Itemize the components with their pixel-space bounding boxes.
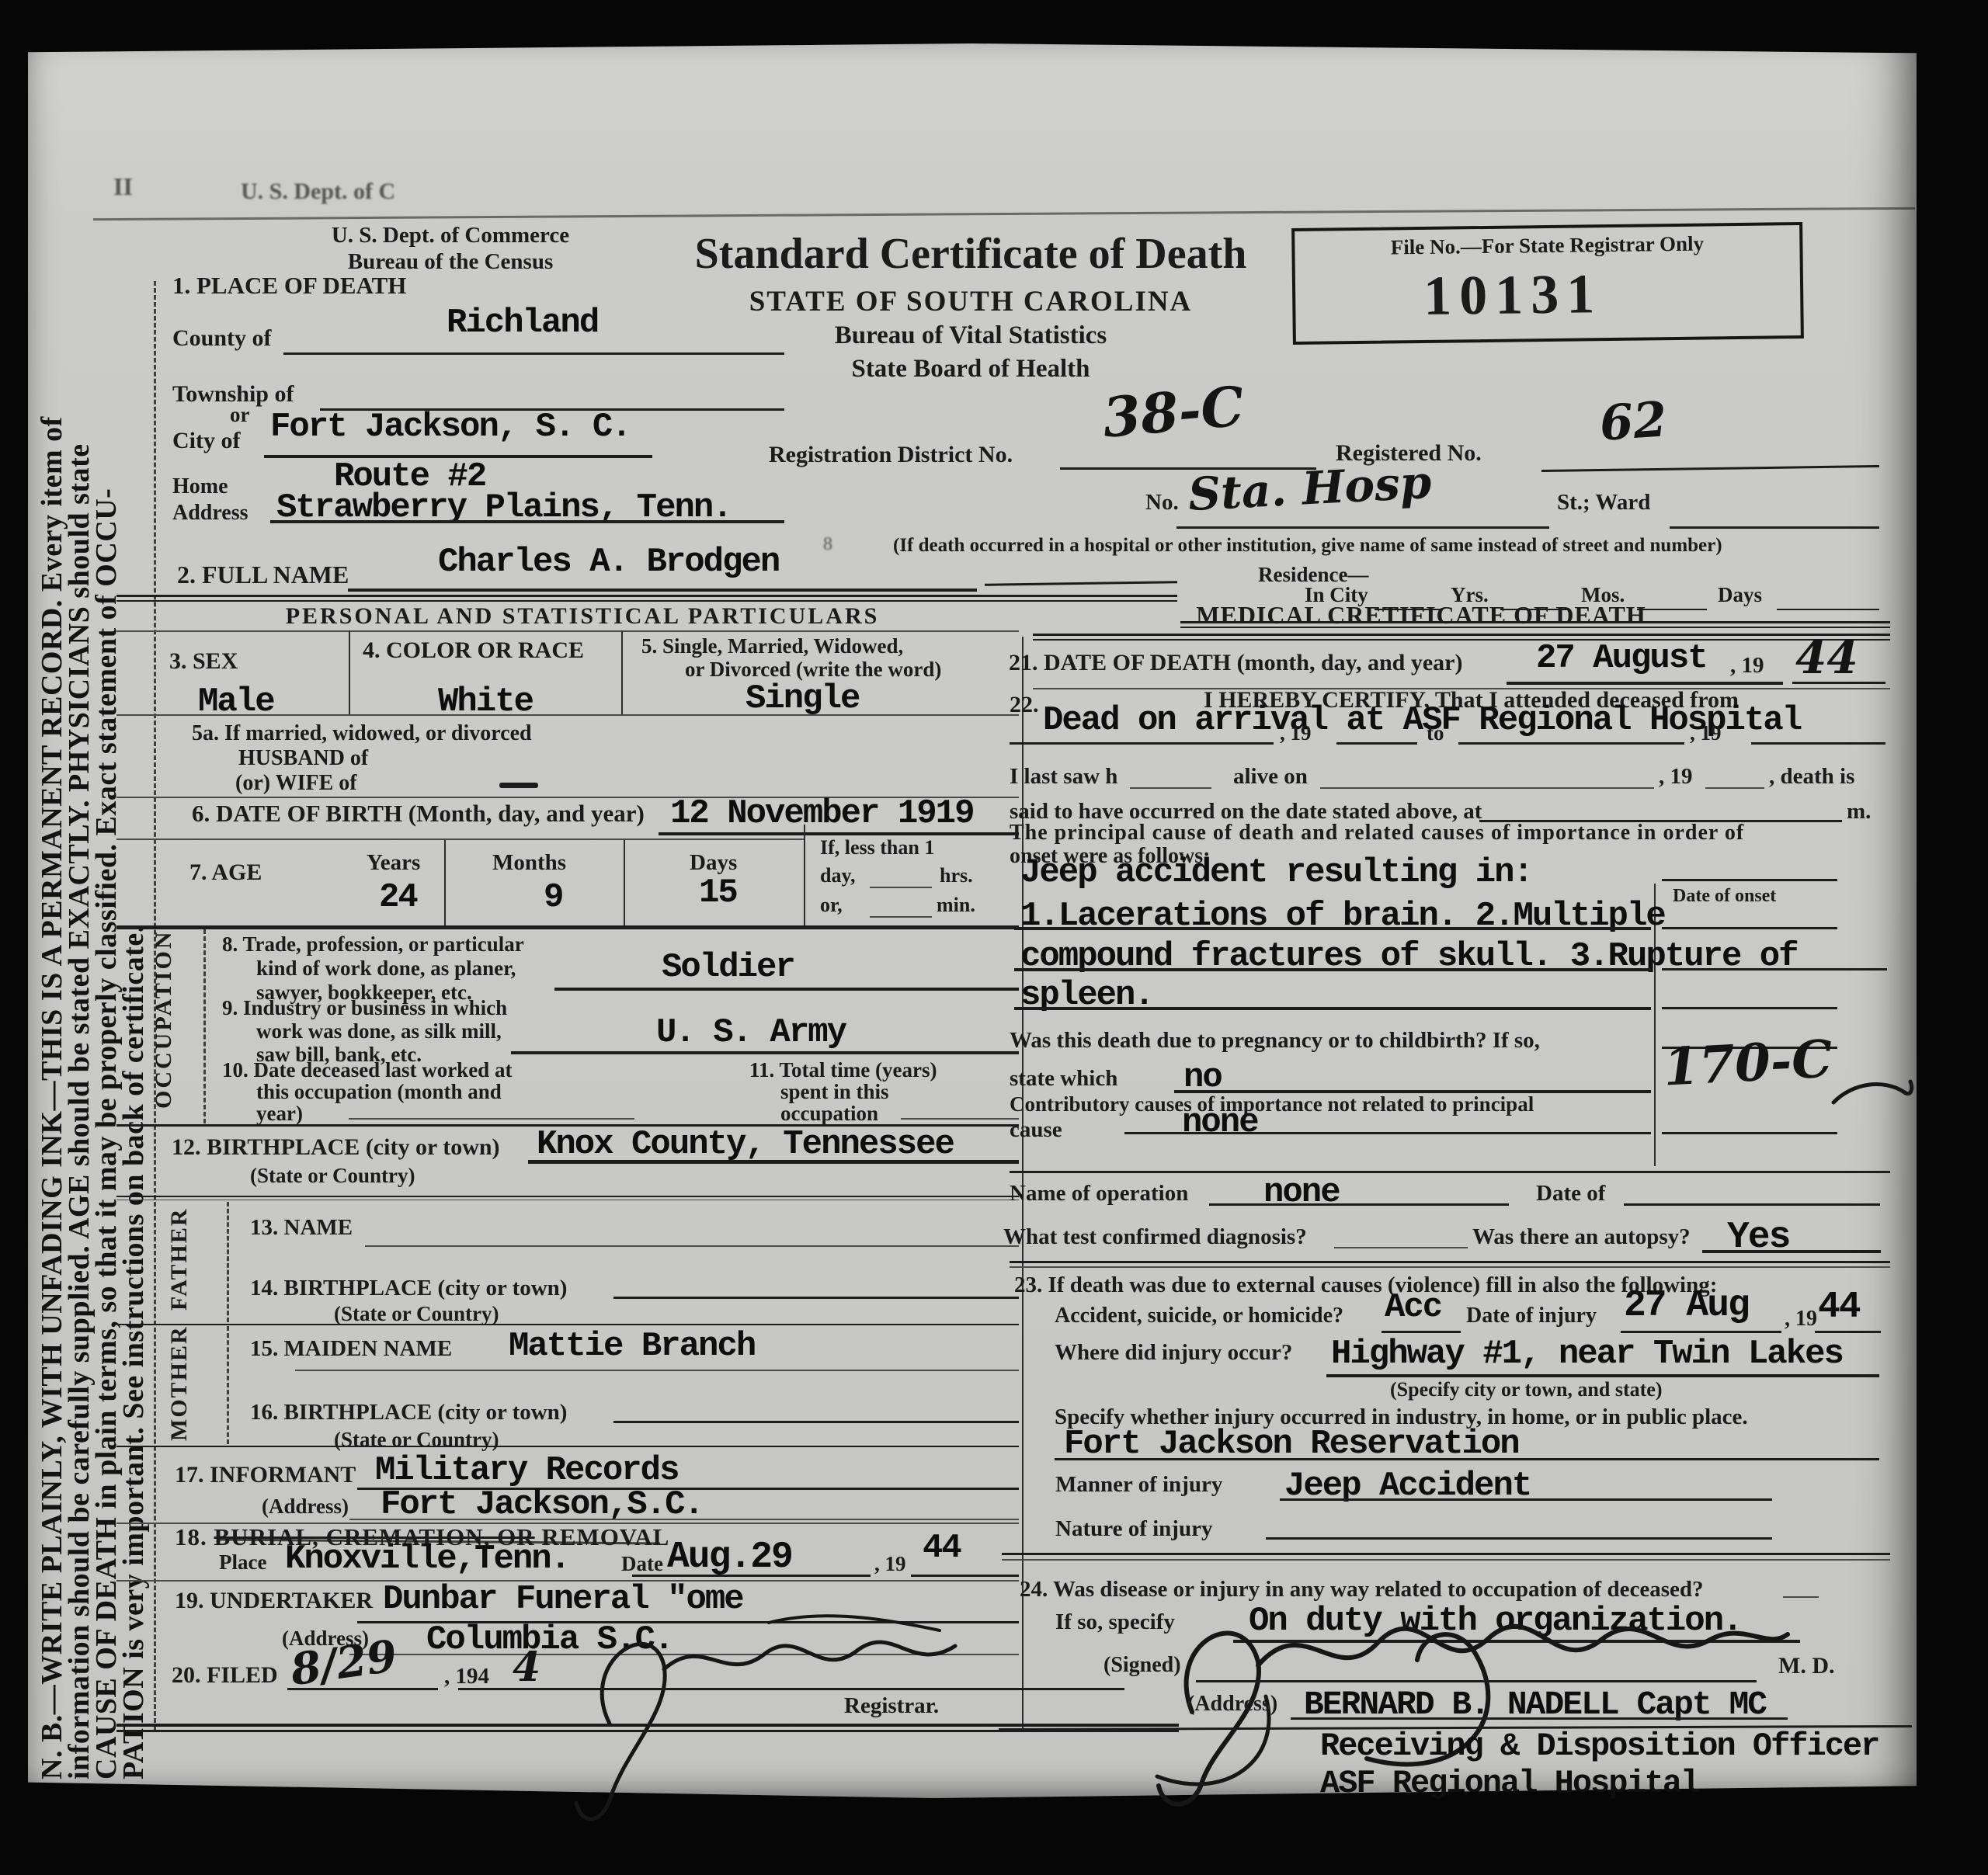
item20-label: 20. FILED: [172, 1663, 278, 1688]
race-label: 4. COLOR OR RACE: [363, 638, 584, 663]
divider: [116, 714, 1019, 716]
age-label: 7. AGE: [189, 860, 262, 885]
where-injury-label: Where did injury occur?: [1055, 1341, 1292, 1364]
cell-divider: [227, 1202, 229, 1322]
home-label: Home: [172, 475, 228, 498]
agency-line-1: U. S. Dept. of Commerce: [280, 224, 621, 247]
divider: [116, 600, 1177, 602]
fill-line: [270, 520, 784, 523]
onset-line: [1662, 1007, 1837, 1009]
principal-cause-label-1: The principal cause of death and related…: [1010, 821, 1744, 844]
informant-address-label: (Address): [262, 1495, 349, 1517]
accident-value: Acc: [1385, 1290, 1441, 1325]
cell-divider: [624, 840, 625, 927]
fill-line: [1382, 1331, 1461, 1333]
dob-value: 12 November 1919: [670, 797, 973, 831]
autopsy-question-label: Was there an autopsy?: [1472, 1225, 1691, 1248]
fill-line: [348, 589, 977, 592]
divider: [116, 1196, 1019, 1197]
sex-label: 3. SEX: [169, 649, 238, 674]
fill-line: [613, 1297, 1019, 1299]
manner-of-injury-label: Manner of injury: [1055, 1473, 1222, 1496]
occurred-m-label: m.: [1847, 800, 1871, 823]
place-of-death-label: 1. PLACE OF DEATH: [172, 273, 406, 299]
fill-line: [1621, 1331, 1781, 1333]
fill-line: [1624, 1203, 1880, 1206]
divider: [1010, 1261, 1890, 1263]
stray-mark: 8: [823, 534, 832, 555]
father-side-label: FATHER: [166, 1207, 193, 1311]
hospital-note: (If death occurred in a hospital or othe…: [893, 536, 1722, 556]
nineteen-frag: , 19: [1659, 765, 1693, 788]
item12-label: 12. BIRTHPLACE (city or town): [172, 1135, 500, 1160]
divider: [1002, 1553, 1890, 1555]
marital-label-2: or Divorced (write the word): [685, 658, 941, 680]
county-value: Richland: [447, 306, 598, 340]
item23-label: 23. If death was due to external causes …: [1014, 1273, 1717, 1297]
file-box-label: File No.—For State Registrar Only: [1295, 231, 1799, 259]
fill-line: [295, 1370, 1019, 1371]
fill-line: [1010, 742, 1274, 745]
contributory-label: Contributory causes of importance not re…: [1010, 1093, 1534, 1115]
nineteen-frag: , 19: [1690, 722, 1722, 744]
fill-line: [1705, 787, 1764, 789]
cause-line-0: Jeep accident resulting in:: [1020, 856, 1532, 890]
specify-injury-value: Fort Jackson Reservation: [1064, 1427, 1519, 1461]
item10-label-1: 10. Date deceased last worked at: [222, 1059, 512, 1081]
fill-line: [1280, 1498, 1772, 1501]
informant-address-value: Fort Jackson,S.C.: [381, 1488, 703, 1522]
months-label: Months: [492, 851, 566, 874]
industry-value: U. S. Army: [656, 1016, 846, 1050]
file-number: 10131: [1295, 263, 1731, 327]
accident-suicide-label: Accident, suicide, or homicide?: [1055, 1304, 1343, 1327]
fill-line: [1334, 1247, 1468, 1248]
registration-district-value: 38-C: [1100, 379, 1246, 446]
divider: [116, 595, 1177, 597]
occurred-label: said to have occurred on the date stated…: [1010, 800, 1482, 823]
item10-label-2: this occupation (month and: [256, 1081, 502, 1102]
full-name-label: 2. FULL NAME: [177, 562, 349, 589]
physician-address-label: (Address): [1187, 1693, 1277, 1715]
cell-divider: [444, 840, 446, 927]
fill-line: [287, 1688, 438, 1690]
cell-divider: [349, 630, 350, 714]
dash-entry: [499, 783, 538, 788]
filed-year-prefix: , 194: [444, 1665, 489, 1688]
item9-label-2: work was done, as silk mill,: [256, 1020, 502, 1042]
fill-line: [1320, 787, 1654, 789]
date-of-onset-label: Date of onset: [1673, 887, 1776, 906]
burial-year-prefix: , 19: [874, 1553, 906, 1575]
divider: [116, 1724, 1179, 1727]
left-section-title: PERSONAL AND STATISTICAL PARTICULARS: [155, 604, 1010, 629]
fill-line: [1014, 1007, 1651, 1010]
fill-line: [1130, 787, 1211, 789]
burial-date-label: Date: [621, 1553, 663, 1575]
burial-year-value: 44: [923, 1531, 961, 1565]
margin-line: CAUSE OF DEATH in plain terms, so that i…: [93, 416, 120, 1780]
fill-line: [1209, 1203, 1509, 1206]
fill-line: [632, 1575, 871, 1577]
fill-line: [458, 1688, 545, 1690]
fill-line: [1124, 1132, 1651, 1134]
city-value: Fort Jackson, S. C.: [270, 410, 631, 444]
full-name-value: Charles A. Brodgen: [438, 545, 779, 579]
onset-line: [1662, 1132, 1837, 1134]
less-than-label-1: If, less than 1: [820, 837, 934, 858]
fill-line: [1196, 1680, 1757, 1682]
fill-line: [1176, 526, 1549, 529]
divider: [1033, 639, 1890, 641]
divider: [116, 1200, 1019, 1200]
cause-word-label: cause: [1010, 1118, 1062, 1141]
to-frag: to: [1427, 722, 1444, 744]
margin-line: information should be carefully supplied…: [66, 416, 93, 1780]
item18-number: 18.: [175, 1523, 207, 1550]
occupation-side-label: OCCUPATION: [151, 929, 177, 1109]
hrs-label: hrs.: [940, 865, 973, 886]
fill-line: [528, 1160, 1019, 1164]
fill-line: [1670, 526, 1879, 529]
item11-label-3: occupation: [780, 1102, 878, 1124]
agency-line-2: Bureau of the Census: [280, 250, 621, 273]
street-no-value: Sta. Hosp: [1187, 460, 1433, 517]
divider: [1010, 1266, 1890, 1268]
state-line: STATE OF SOUTH CAROLINA: [660, 287, 1281, 318]
days-column-label: Days: [690, 851, 737, 874]
item19-label: 19. UNDERTAKER: [175, 1589, 373, 1613]
contributory-value: none: [1182, 1106, 1258, 1140]
nature-of-injury-label: Nature of injury: [1055, 1517, 1212, 1540]
fill-line: [283, 352, 784, 355]
item16-label: 16. BIRTHPLACE (city or town): [250, 1401, 567, 1424]
item21-label: 21. DATE OF DEATH (month, day, and year): [1009, 651, 1463, 675]
bureau-line: Bureau of Vital Statistics: [660, 322, 1281, 349]
age-days-value: 15: [699, 876, 737, 910]
date-of-death-value: 27 August: [1536, 641, 1707, 675]
margin-line: PATION is very important. See instructio…: [120, 416, 148, 1780]
physician-hospital-line: ASF Regional Hospital: [1320, 1767, 1698, 1800]
onset-line: [1662, 927, 1837, 929]
birthplace-value: Knox County, Tennessee: [537, 1127, 954, 1161]
fill-line: [1815, 1331, 1881, 1333]
scanned-death-certificate: U. S. Dept. of C II N. B.—WRITE PLAINLY,…: [0, 0, 1988, 1875]
state-which-label: state which: [1010, 1067, 1117, 1090]
doi-year-prefix: , 19: [1785, 1307, 1817, 1330]
last-saw-label-1: I last saw h: [1010, 765, 1117, 788]
margin-line: N. B.—WRITE PLAINLY, WITH UNFADING INK—T…: [39, 416, 66, 1780]
fill-line: [1507, 682, 1783, 685]
pregnancy-question: Was this death due to pregnancy or to ch…: [1010, 1029, 1540, 1052]
fill-line: [1792, 682, 1885, 684]
divider: [1033, 634, 1890, 636]
cause-code-value: 170-C: [1662, 1033, 1833, 1092]
cell-divider: [621, 630, 623, 714]
fill-line: [349, 1118, 634, 1120]
divider: [116, 630, 1019, 632]
fill-line: [1702, 1250, 1881, 1253]
item11-label-1: 11. Total time (years): [749, 1059, 937, 1081]
county-label: County of: [172, 326, 272, 351]
item5a-label: 5a. If married, widowed, or divorced: [192, 722, 532, 745]
cell-divider: [227, 1326, 229, 1444]
occupation-value: Soldier: [662, 950, 794, 984]
item9-label-1: 9. Industry or business in which: [222, 997, 507, 1019]
fill-line: [1055, 1458, 1879, 1460]
fill-line: [1266, 1537, 1772, 1540]
fill-line: [349, 1519, 1019, 1520]
item14-sub-label: (State or Country): [334, 1303, 499, 1325]
date-of-injury-label: Date of injury: [1466, 1304, 1597, 1327]
file-number-box: File No.—For State Registrar Only 10131: [1291, 222, 1804, 345]
fill-line: [1336, 742, 1417, 745]
marital-value: Single: [745, 682, 859, 716]
dob-label: 6. DATE OF BIRTH (Month, day, and year): [192, 801, 645, 827]
divider: [116, 1446, 1019, 1447]
ghost-mark: II: [113, 172, 133, 201]
where-sub-label: (Specify city or town, and state): [1390, 1379, 1662, 1400]
item15-label: 15. MAIDEN NAME: [250, 1337, 452, 1360]
date-of-injury-value: 27 Aug: [1624, 1287, 1749, 1325]
burial-place-value: Knoxville,Tenn.: [285, 1542, 569, 1576]
fill-line: [511, 1051, 1019, 1054]
marital-label-1: 5. Single, Married, Widowed,: [641, 635, 903, 657]
item8-label-1: 8. Trade, profession, or particular: [222, 933, 524, 955]
code-flourish: [1830, 1078, 1915, 1112]
fill-line: [870, 916, 932, 918]
divider: [1002, 1559, 1890, 1561]
wife-of-label: (or) WIFE of: [235, 772, 357, 794]
operation-date-label: Date of: [1536, 1182, 1605, 1205]
age-years-value: 24: [379, 880, 417, 915]
fill-line: [613, 1421, 1019, 1423]
registration-district-label: Registration District No.: [769, 443, 1013, 467]
registrar-label: Registrar.: [844, 1694, 939, 1717]
item11-label-2: spent in this: [780, 1081, 889, 1102]
onset-line: [1662, 968, 1887, 970]
dod-year-value: 44: [1795, 635, 1858, 680]
last-saw-label-2: alive on: [1233, 765, 1308, 788]
right-section-title: MEDICAL CRETIFICATE OF DEATH: [1033, 602, 1809, 629]
item14-label: 14. BIRTHPLACE (city or town): [250, 1276, 567, 1300]
item13-label: 13. NAME: [250, 1216, 353, 1239]
fill-line: [659, 832, 1019, 835]
min-label: min.: [937, 894, 975, 915]
filed-date-value: 8/29: [288, 1634, 400, 1693]
ward-label: St.; Ward: [1557, 491, 1650, 514]
divider: [1010, 1171, 1890, 1173]
dod-year-prefix: , 19: [1730, 654, 1764, 677]
cell-divider: [203, 929, 206, 1123]
mother-side-label: MOTHER: [166, 1325, 193, 1441]
margin-instructions: N. B.—WRITE PLAINLY, WITH UNFADING INK—T…: [39, 416, 148, 1780]
or-label: or: [230, 404, 249, 425]
nineteen-frag: , 19: [1280, 722, 1312, 744]
or-label-2: or,: [820, 894, 843, 915]
md-label: M. D.: [1778, 1654, 1834, 1679]
husband-of-label: HUSBAND of: [238, 747, 368, 769]
certificate-title: Standard Certificate of Death: [660, 231, 1281, 277]
fill-line: [1326, 1374, 1879, 1377]
registered-no-value: 62: [1598, 395, 1668, 448]
divider: [116, 1324, 1019, 1325]
physician-name-line: BERNARD B. NADELL Capt MC: [1304, 1688, 1766, 1721]
address-label: Address: [172, 502, 248, 524]
maiden-name-value: Mattie Branch: [509, 1329, 755, 1363]
onset-line: [1662, 879, 1837, 881]
fill-line: [870, 887, 932, 888]
test-question-label: What test confirmed diagnosis?: [1003, 1225, 1307, 1248]
item8-label-2: kind of work done, as planer,: [256, 957, 516, 979]
attended-value: Dead on arrival at ASF Regional Hospital: [1043, 703, 1801, 738]
physician-title-line: Receiving & Disposition Officer: [1320, 1730, 1879, 1762]
street-no-label: No.: [1145, 491, 1179, 514]
doi-year-value: 44: [1818, 1289, 1860, 1326]
fill-line: [1014, 968, 1651, 971]
age-months-value: 9: [544, 880, 562, 915]
item16-sub-label: (State or Country): [334, 1429, 499, 1450]
fill-line: [901, 1118, 1019, 1120]
fill-line: [1014, 927, 1651, 930]
item12-sub-label: (State or Country): [250, 1165, 415, 1186]
years-label: Years: [367, 851, 420, 874]
fill-line: [545, 1688, 1124, 1690]
less-than-label-2: day,: [820, 865, 856, 886]
fill-line: [1458, 742, 1684, 745]
burial-place-label: Place: [219, 1551, 266, 1573]
city-label: City of: [172, 429, 240, 453]
fill-line: [365, 1245, 1019, 1247]
item22-number: 22.: [1010, 693, 1039, 717]
item17-label: 17. INFORMANT: [175, 1463, 356, 1488]
operation-label: Name of operation: [1010, 1182, 1188, 1205]
ghost-underlying-page-text: U. S. Dept. of C: [241, 179, 395, 205]
last-saw-label-3: , death is: [1769, 765, 1854, 788]
where-injury-value: Highway #1, near Twin Lakes: [1331, 1337, 1843, 1371]
fill-line: [1291, 1717, 1788, 1720]
divider: [116, 839, 804, 840]
cell-divider: [804, 825, 805, 929]
fill-line: [1751, 742, 1885, 745]
item10-label-3: year): [256, 1102, 303, 1124]
divider: [116, 925, 1019, 929]
fill-line: [554, 988, 1019, 991]
informant-value: Military Records: [375, 1453, 678, 1488]
fill-line: [911, 1575, 1019, 1577]
burial-date-value: Aug.29: [667, 1539, 792, 1576]
